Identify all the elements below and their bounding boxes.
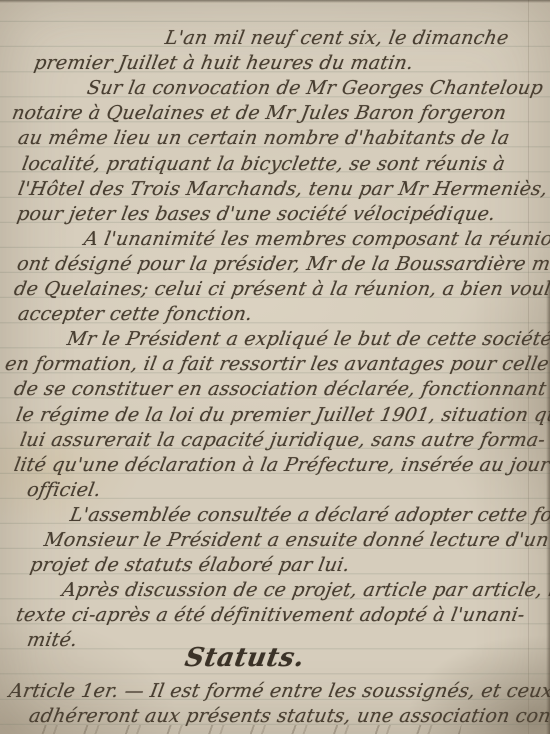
page-vignette [0, 0, 550, 734]
manuscript-page: L'an mil neuf cent six, le dimanchepremi… [0, 0, 550, 734]
